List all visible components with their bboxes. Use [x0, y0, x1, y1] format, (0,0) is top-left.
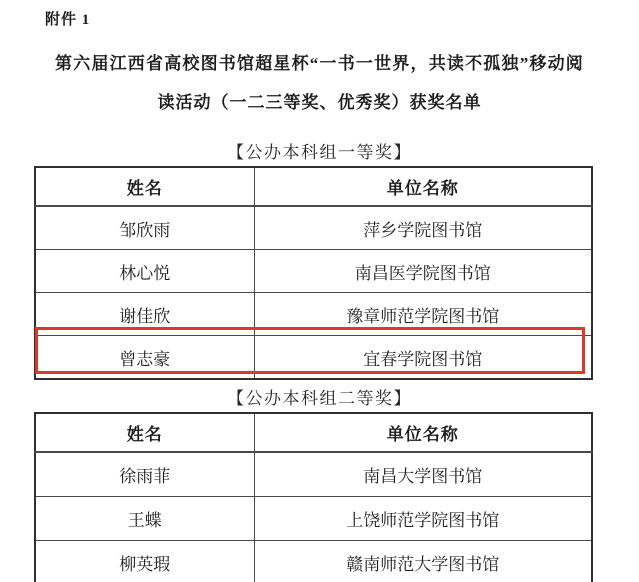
unit-cell: 赣南师范大学图书馆	[254, 541, 592, 582]
table-row: 邹欣雨 萍乡学院图书馆	[35, 206, 592, 250]
unit-cell: 上饶师范学院图书馆	[254, 497, 592, 541]
name-cell: 柳英瑕	[35, 541, 254, 582]
first-prize-table: 姓名 单位名称 邹欣雨 萍乡学院图书馆 林心悦 南昌医学院图书馆 谢佳欣 豫章师…	[34, 166, 591, 380]
name-cell: 邹欣雨	[35, 206, 254, 250]
unit-cell: 豫章师范学院图书馆	[254, 293, 592, 336]
name-cell: 谢佳欣	[35, 293, 254, 336]
table-row: 王蝶 上饶师范学院图书馆	[35, 497, 592, 541]
table-header-row: 姓名 单位名称	[35, 167, 592, 206]
unit-cell: 南昌医学院图书馆	[254, 250, 592, 293]
section-heading-first-prize: 【公办本科组一等奖】	[0, 138, 639, 163]
unit-cell: 萍乡学院图书馆	[254, 206, 592, 250]
table-header-row: 姓名 单位名称	[35, 413, 592, 452]
document-title-line1: 第六届江西省高校图书馆超星杯“一书一世界，共读不孤独”移动阅	[0, 49, 639, 74]
table-row: 柳英瑕 赣南师范大学图书馆	[35, 541, 592, 582]
unit-cell: 宜春学院图书馆	[254, 336, 592, 380]
document-title-line2: 读活动（一二三等奖、优秀奖）获奖名单	[0, 88, 639, 113]
name-cell: 林心悦	[35, 250, 254, 293]
column-header-name: 姓名	[35, 167, 254, 206]
table-row: 谢佳欣 豫章师范学院图书馆	[35, 293, 592, 336]
table-row-highlighted: 曾志豪 宜春学院图书馆	[35, 336, 592, 380]
name-cell: 曾志豪	[35, 336, 254, 380]
name-cell: 王蝶	[35, 497, 254, 541]
document-page: { "page": { "attachment_label": "附件 1", …	[0, 0, 639, 582]
section-heading-second-prize: 【公办本科组二等奖】	[0, 384, 639, 409]
attachment-label: 附件 1	[45, 8, 90, 29]
unit-cell: 南昌大学图书馆	[254, 452, 592, 497]
column-header-name: 姓名	[35, 413, 254, 452]
name-cell: 徐雨菲	[35, 452, 254, 497]
column-header-unit: 单位名称	[254, 167, 592, 206]
second-prize-table: 姓名 单位名称 徐雨菲 南昌大学图书馆 王蝶 上饶师范学院图书馆 柳英瑕 赣南师…	[34, 412, 591, 582]
table-row: 徐雨菲 南昌大学图书馆	[35, 452, 592, 497]
column-header-unit: 单位名称	[254, 413, 592, 452]
table-row: 林心悦 南昌医学院图书馆	[35, 250, 592, 293]
